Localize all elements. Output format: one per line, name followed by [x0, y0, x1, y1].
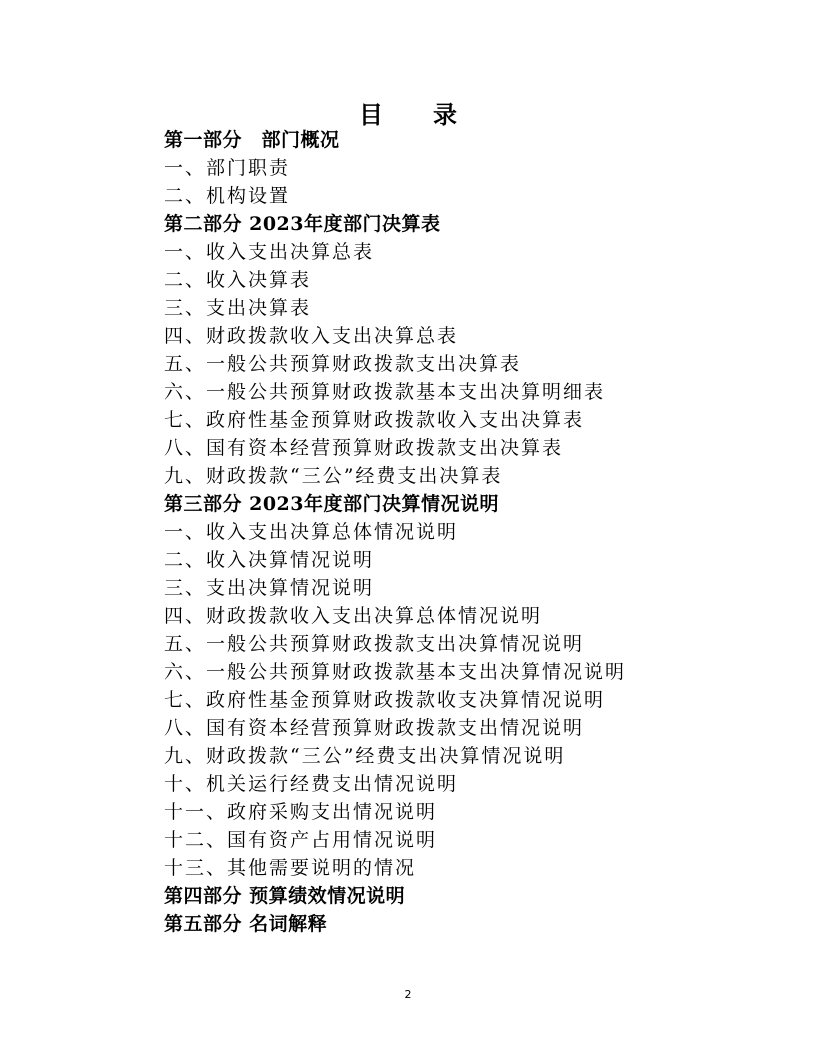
toc-part-5: 第五部分 名词解释	[164, 910, 626, 938]
toc-item: 一、部门职责	[164, 154, 626, 182]
toc-item: 九、财政拨款“三公”经费支出决算情况说明	[164, 742, 626, 770]
toc-part-4: 第四部分 预算绩效情况说明	[164, 882, 626, 910]
toc-item: 四、财政拨款收入支出决算总表	[164, 322, 626, 350]
page-number: 2	[0, 988, 816, 1001]
table-of-contents: 第一部分 部门概况 一、部门职责 二、机构设置 第二部分 2023年度部门决算表…	[164, 126, 626, 938]
toc-item: 二、收入决算情况说明	[164, 546, 626, 574]
toc-item: 一、收入支出决算总表	[164, 238, 626, 266]
toc-item: 十三、其他需要说明的情况	[164, 854, 626, 882]
toc-item: 五、一般公共预算财政拨款支出决算表	[164, 350, 626, 378]
toc-item: 七、政府性基金预算财政拨款收入支出决算表	[164, 406, 626, 434]
toc-item: 二、机构设置	[164, 182, 626, 210]
toc-item: 六、一般公共预算财政拨款基本支出决算明细表	[164, 378, 626, 406]
toc-item: 三、支出决算情况说明	[164, 574, 626, 602]
toc-part-2: 第二部分 2023年度部门决算表	[164, 210, 626, 238]
toc-part-3: 第三部分 2023年度部门决算情况说明	[164, 490, 626, 518]
toc-item: 四、财政拨款收入支出决算总体情况说明	[164, 602, 626, 630]
page-title: 目录	[0, 95, 816, 130]
toc-item: 五、一般公共预算财政拨款支出决算情况说明	[164, 630, 626, 658]
title-char-2: 录	[433, 95, 457, 130]
toc-item: 二、收入决算表	[164, 266, 626, 294]
toc-item: 七、政府性基金预算财政拨款收支决算情况说明	[164, 686, 626, 714]
toc-item: 三、支出决算表	[164, 294, 626, 322]
toc-item: 八、国有资本经营预算财政拨款支出情况说明	[164, 714, 626, 742]
toc-item: 十、机关运行经费支出情况说明	[164, 770, 626, 798]
toc-item: 九、财政拨款“三公”经费支出决算表	[164, 462, 626, 490]
toc-item: 六、一般公共预算财政拨款基本支出决算情况说明	[164, 658, 626, 686]
toc-item: 一、收入支出决算总体情况说明	[164, 518, 626, 546]
toc-item: 十二、国有资产占用情况说明	[164, 826, 626, 854]
toc-item: 八、国有资本经营预算财政拨款支出决算表	[164, 434, 626, 462]
toc-part-1: 第一部分 部门概况	[164, 126, 626, 154]
toc-item: 十一、政府采购支出情况说明	[164, 798, 626, 826]
title-char-1: 目	[359, 95, 383, 130]
